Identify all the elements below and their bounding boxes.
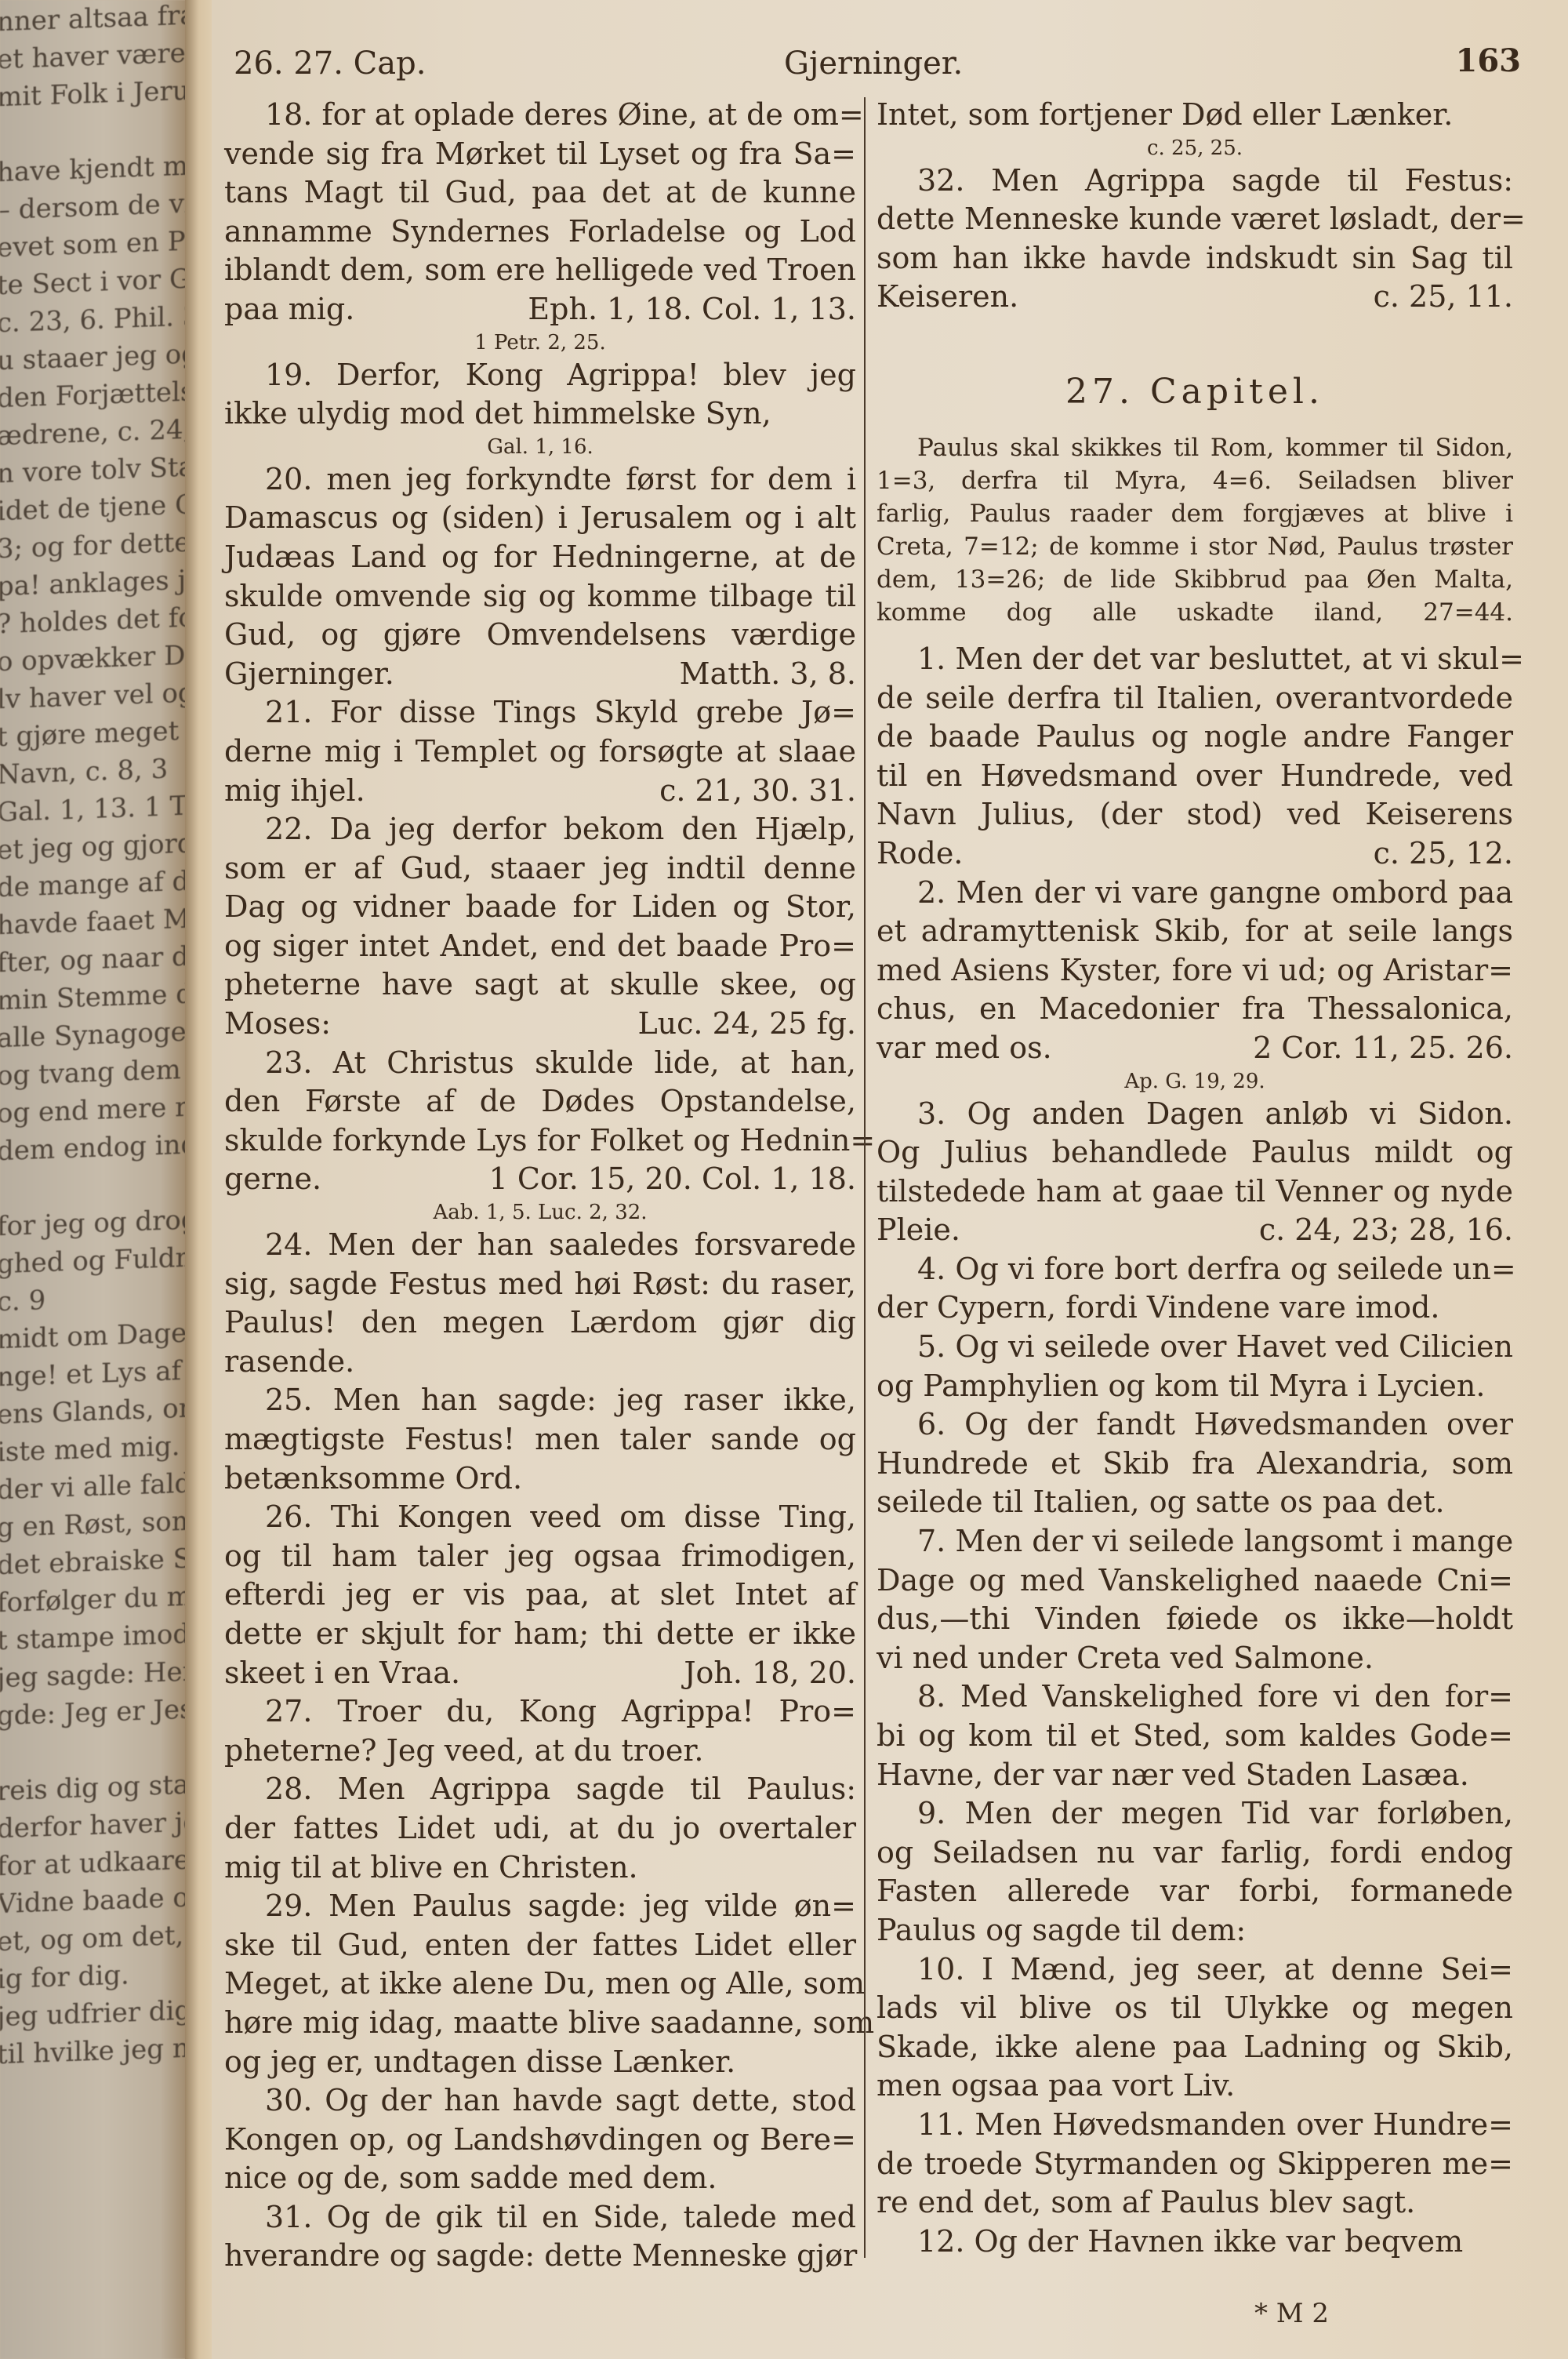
verse: 8. Med Vanskelighed fore vi den for=bi o…: [877, 1677, 1513, 1794]
verse-line: 22. Da jeg derfor bekom den Hjælp,: [224, 810, 856, 849]
verse-line: Keiseren. c. 25, 11.: [877, 278, 1513, 317]
verse-line: og siger intet Andet, end det baade Pro=: [224, 927, 856, 966]
verse-line-text: vi ned under Creta ved Salmone.: [877, 1641, 1374, 1675]
verse: 20. men jeg forkyndte først for dem iDam…: [224, 460, 856, 694]
cross-reference: c. 25, 11.: [1374, 278, 1513, 317]
verse-line: 11. Men Høvedsmanden over Hundre=: [877, 2106, 1513, 2145]
verse-line: 24. Men der han saaledes forsvarede: [224, 1226, 856, 1265]
verse-line-text: nice og de, som sadde med dem.: [224, 2161, 717, 2195]
verse-line: et adramyttenisk Skib, for at seile lang…: [877, 912, 1513, 951]
cross-reference: Aab. 1, 5. Luc. 2, 32.: [224, 1199, 856, 1226]
summary-line: farlig, Paulus raader dem forgjæves at b…: [877, 497, 1513, 530]
chapter-summary: Paulus skal skikkes til Rom, kommer til …: [877, 431, 1513, 629]
facing-page-line: [0, 1164, 188, 1209]
cross-reference: Luc. 24, 25 fg.: [637, 1005, 856, 1044]
verse-line-text: Keiseren.: [877, 279, 1018, 314]
summary-line: 1=3, derfra til Myra, 4=6. Seiladsen bli…: [877, 464, 1513, 497]
verse-line: 26. Thi Kongen veed om disse Ting,: [224, 1498, 856, 1537]
verse-line: efterdi jeg er vis paa, at slet Intet af: [224, 1576, 856, 1615]
verse-line: tans Magt til Gud, paa det at de kunne: [224, 173, 856, 213]
cross-reference: 2 Cor. 11, 25. 26.: [1253, 1029, 1513, 1068]
facing-page-line: jeg udfrier dig fra: [0, 1992, 188, 2037]
verse-line-text: og jeg er, undtagen disse Lænker.: [224, 2045, 735, 2079]
cross-reference: Gal. 1, 16.: [224, 434, 856, 460]
verse-line: Navn Julius, (der stod) ved Keiserens: [877, 795, 1513, 834]
summary-line: Creta, 7=12; de komme i stor Nød, Paulus…: [877, 530, 1513, 563]
verse-line-text: gerne.: [224, 1161, 321, 1196]
verse-line: og jeg er, undtagen disse Lænker.: [224, 2043, 856, 2082]
verse-line: Skade, ikke alene paa Ladning og Skib,: [877, 2028, 1513, 2067]
verse-line: tilstedede ham at gaae til Venner og nyd…: [877, 1172, 1513, 1212]
verse-line: Paulus og sagde til dem:: [877, 1911, 1513, 1950]
verse-line: rasende.: [224, 1343, 856, 1382]
verse-line: 32. Men Agrippa sagde til Festus:: [877, 162, 1513, 201]
running-head: 26. 27. Cap. Gjerninger. 163: [227, 39, 1521, 94]
verse: 24. Men der han saaledes forsvaredesig, …: [224, 1226, 856, 1381]
cross-reference: 1 Cor. 15, 20. Col. 1, 18.: [489, 1160, 856, 1199]
verse: 31. Og de gik til en Side, talede medhve…: [224, 2198, 856, 2276]
verse-line: som han ikke havde indskudt sin Sag til: [877, 239, 1513, 278]
facing-page-line: dem endog indtil udenl: [0, 1126, 188, 1171]
verse-line: annamme Syndernes Forladelse og Lod: [224, 213, 856, 252]
verse-line: skulde omvende sig og komme tilbage til: [224, 577, 856, 616]
verse-line: 10. I Mænd, jeg seer, at denne Sei=: [877, 1950, 1513, 1990]
verse-line: 9. Men der megen Tid var forløben,: [877, 1794, 1513, 1834]
verse-line: Moses:Luc. 24, 25 fg.: [224, 1005, 856, 1044]
verse-line-text: skeet i en Vraa.: [224, 1656, 460, 1690]
verse-line-text: re end det, som af Paulus blev sagt.: [877, 2185, 1415, 2219]
summary-line: dem, 13=26; de lide Skibbrud paa Øen Mal…: [877, 563, 1513, 596]
facing-page-line: et, og om det, hvor: [0, 1917, 188, 1961]
verse-line: 20. men jeg forkyndte først for dem i: [224, 460, 856, 500]
verse-line: Gud, og gjøre Omvendelsens værdige: [224, 616, 856, 655]
verse-line: mægtigste Festus! men taler sande og: [224, 1420, 856, 1459]
verse-line: hverandre og sagde: dette Menneske gjør: [224, 2237, 856, 2276]
chapter-heading: 27. Capitel.: [877, 369, 1513, 416]
facing-page-line: u staaer jeg og domm: [0, 336, 188, 380]
verse-line-text: men ogsaa paa vort Liv.: [877, 2068, 1235, 2103]
facing-page-line: forfølger du mig? det: [0, 1578, 188, 1623]
verse: 26. Thi Kongen veed om disse Ting,og til…: [224, 1498, 856, 1692]
verse-line-text: Rode.: [877, 836, 963, 871]
verse: 27. Troer du, Kong Agrippa! Pro=pheterne…: [224, 1692, 856, 1770]
verse-line: 30. Og der han havde sagt dette, stod: [224, 2081, 856, 2121]
verse-line: Fasten allerede var forbi, formanede: [877, 1872, 1513, 1911]
facing-page-line: og tvang dem til at: [0, 1051, 188, 1096]
facing-page-line: pa! anklages jeg af Jø: [0, 562, 188, 606]
facing-page-line: min Stemme dertil. c.: [0, 976, 188, 1020]
verse: 1. Men der det var besluttet, at vi skul…: [877, 640, 1513, 874]
verse-line: pheterne? Jeg veed, at du troer.: [224, 1732, 856, 1771]
verse-line: 12. Og der Havnen ikke var beqvem: [877, 2223, 1513, 2262]
facing-page-line: det ebraiske Sprog: [0, 1540, 188, 1585]
verse: 21. For disse Tings Skyld grebe Jø=derne…: [224, 693, 856, 810]
facing-page-line: ig for dig.: [0, 1954, 188, 1999]
facing-page-line: te Sect i vor Gudsdy: [0, 260, 188, 305]
facing-page-line: iste med mig. Matth.: [0, 1427, 188, 1472]
verse-line: seilede til Italien, og satte os paa det…: [877, 1483, 1513, 1522]
verse: 22. Da jeg derfor bekom den Hjælp,som er…: [224, 810, 856, 1044]
verse: 10. I Mænd, jeg seer, at denne Sei=lads …: [877, 1950, 1513, 2106]
verse-line: ikke ulydig mod det himmelske Syn,: [224, 394, 856, 434]
verse-line: 3. Og anden Dagen anløb vi Sidon.: [877, 1095, 1513, 1134]
verse-line-text: pheterne? Jeg veed, at du troer.: [224, 1733, 703, 1768]
verse-line: der fattes Lidet udi, at du jo overtaler: [224, 1809, 856, 1848]
verse-line-text: Moses:: [224, 1006, 331, 1041]
verse: 30. Og der han havde sagt dette, stodKon…: [224, 2081, 856, 2198]
verse-line: Paulus! den megen Lærdom gjør dig: [224, 1303, 856, 1343]
facing-page-line: de mange af de Hellige i: [0, 863, 188, 907]
facing-page-line: 3; og for dette Haab: [0, 524, 188, 569]
verse-line: Dag og vidner baade for Liden og Stor,: [224, 888, 856, 927]
verse-line: dus,—thi Vinden føiede os ikke—holdt: [877, 1600, 1513, 1639]
verse: 29. Men Paulus sagde: jeg vilde øn=ske t…: [224, 1887, 856, 2081]
verse-line-text: mig til at blive en Christen.: [224, 1850, 638, 1885]
facing-page-line: og end mere rasende mo: [0, 1089, 188, 1133]
verse-line: vende sig fra Mørket til Lyset og fra Sa…: [224, 135, 856, 174]
verse-line-text: var med os.: [877, 1030, 1052, 1065]
verse: 23. At Christus skulde lide, at han,den …: [224, 1044, 856, 1226]
cross-reference: Eph. 1, 18. Col. 1, 13.: [528, 290, 856, 329]
verse-line: 29. Men Paulus sagde: jeg vilde øn=: [224, 1887, 856, 1926]
verse-line: 28. Men Agrippa sagde til Paulus:: [224, 1770, 856, 1809]
verse-line-text: mig ihjel.: [224, 773, 365, 808]
facing-page-line: have kjendt mig tilfor: [0, 147, 188, 192]
facing-page-line: reis dig og staae paa: [0, 1766, 188, 1811]
right-verses: 1. Men der det var besluttet, at vi skul…: [877, 640, 1513, 2261]
verse-line: og Pamphylien og kom til Myra i Lycien.: [877, 1367, 1513, 1406]
verse: 12. Og der Havnen ikke var beqvem: [877, 2223, 1513, 2262]
facing-page-line: ? holdes det for utro: [0, 599, 188, 644]
verse: 7. Men der vi seilede langsomt i mangeDa…: [877, 1522, 1513, 1677]
verse-line: chus, en Macedonier fra Thessalonica,: [877, 990, 1513, 1029]
verse: 25. Men han sagde: jeg raser ikke,mægtig…: [224, 1381, 856, 1498]
verse-32: 32. Men Agrippa sagde til Festus: dette …: [877, 162, 1513, 317]
verse-line: 6. Og der fandt Høvedsmanden over: [877, 1405, 1513, 1445]
verse-line: Hundrede et Skib fra Alexandria, som: [877, 1445, 1513, 1484]
verse-line: Pleie.c. 24, 23; 28, 16.: [877, 1211, 1513, 1250]
verse-line: de troede Styrmanden og Skipperen me=: [877, 2145, 1513, 2184]
verse-line-text: Gjerninger.: [224, 656, 394, 691]
book-title: Gjerninger.: [784, 45, 963, 82]
verse-line: 2. Men der vi vare gangne ombord paa: [877, 874, 1513, 913]
verse-line: derne mig i Templet og forsøgte at slaae: [224, 732, 856, 772]
verse-line: bi og kom til et Sted, som kaldes Gode=: [877, 1717, 1513, 1756]
facing-page-line: Gal. 1, 13. 1 Tim. 1, 13.: [0, 787, 188, 832]
cross-reference: c. 21, 30. 31.: [659, 772, 856, 811]
facing-page-line: mit Folk i Jerusalem: [0, 72, 188, 117]
facing-page-line: o opvækker Døde?: [0, 637, 188, 682]
verse-line: Gjerninger.Matth. 3, 8.: [224, 655, 856, 694]
facing-page-line: g en Røst, som talede: [0, 1503, 188, 1547]
verse-line: mig ihjel.c. 21, 30. 31.: [224, 772, 856, 811]
verse-line: 5. Og vi seilede over Havet ved Cilicien: [877, 1328, 1513, 1367]
facing-page-line: [0, 110, 188, 154]
page-number: 163: [1456, 42, 1522, 79]
verse-line: 21. For disse Tings Skyld grebe Jø=: [224, 693, 856, 732]
verse: 4. Og vi fore bort derfra og seilede un=…: [877, 1250, 1513, 1328]
verse-line: mig til at blive en Christen.: [224, 1848, 856, 1888]
verse-line: 19. Derfor, Kong Agrippa! blev jeg: [224, 356, 856, 395]
verse-line: den Første af de Dødes Opstandelse,: [224, 1082, 856, 1121]
verse-line: 31. Og de gik til en Side, talede med: [224, 2198, 856, 2237]
facing-page-line: fter, og naar de bleve: [0, 938, 188, 983]
verse-line: og Seiladsen nu var farlig, fordi endog: [877, 1834, 1513, 1873]
summary-line: komme dog alle uskadte iland, 27=44.: [877, 596, 1513, 629]
facing-page-line: for at udkaare dig: [0, 1841, 188, 1886]
verse-line: nice og de, som sadde med dem.: [224, 2159, 856, 2198]
verse-line: iblandt dem, som ere helligede ved Troen: [224, 251, 856, 290]
verse-line: vi ned under Creta ved Salmone.: [877, 1639, 1513, 1678]
verse-line: skeet i en Vraa.Joh. 18, 20.: [224, 1654, 856, 1693]
facing-page-line: jeg sagde: Herre, hv: [0, 1653, 188, 1698]
facing-page-line: havde faaet Magt der: [0, 900, 188, 945]
facing-page-line: et jeg og gjorde i Jeru: [0, 825, 188, 870]
cross-reference: Matth. 3, 8.: [680, 655, 856, 694]
verse-line: Rode.c. 25, 12.: [877, 834, 1513, 874]
facing-page-line: til hvilke jeg nu: [0, 2030, 188, 2074]
verse: 9. Men der megen Tid var forløben,og Sei…: [877, 1794, 1513, 1950]
verse-line: gerne.1 Cor. 15, 20. Col. 1, 18.: [224, 1160, 856, 1199]
cross-reference: 1 Petr. 2, 25.: [224, 329, 856, 356]
verse-line: 23. At Christus skulde lide, at han,: [224, 1044, 856, 1083]
facing-page-line: – dersom de ville vi: [0, 185, 188, 230]
verse-line: Judæas Land og for Hedningerne, at de: [224, 538, 856, 577]
verse-line: Intet, som fortjener Død eller Lænker.: [877, 96, 1513, 135]
facing-page-line: c. 23, 6. Phil. 3, 5.: [0, 298, 188, 343]
facing-page-line: et haver været fra B: [0, 35, 188, 79]
verse-line: 4. Og vi fore bort derfra og seilede un=: [877, 1250, 1513, 1289]
verse-line-text: Pleie.: [877, 1212, 960, 1247]
verse-line: de seile derfra til Italien, overantvord…: [877, 679, 1513, 718]
verse-line: paa mig.Eph. 1, 18. Col. 1, 13.: [224, 290, 856, 329]
verse-line: og til ham taler jeg ogsaa frimodigen,: [224, 1537, 856, 1576]
verse-line: skulde forkynde Lys for Folket og Hednin…: [224, 1121, 856, 1161]
verse-line-text: seilede til Italien, og satte os paa det…: [877, 1485, 1445, 1519]
cross-reference: c. 25, 25.: [877, 135, 1513, 162]
verse-line: til en Høvedsmand over Hundrede, ved: [877, 757, 1513, 796]
summary-line: Paulus skal skikkes til Rom, kommer til …: [877, 431, 1513, 464]
verse-line-text: rasende.: [224, 1344, 354, 1379]
verse: 2. Men der vi vare gangne ombord paaet a…: [877, 874, 1513, 1095]
verse-line: Meget, at ikke alene Du, men og Alle, so…: [224, 1965, 856, 2004]
verse: 11. Men Høvedsmanden over Hundre=de troe…: [877, 2106, 1513, 2223]
verse-line: 7. Men der vi seilede langsomt i mange: [877, 1522, 1513, 1561]
verse-line: var med os.2 Cor. 11, 25. 26.: [877, 1029, 1513, 1068]
facing-page-line: den Forjættelse, som: [0, 373, 188, 418]
facing-page-line: alle Synagoger lod je: [0, 1013, 188, 1058]
facing-page-line: Vidne baade om det: [0, 1879, 188, 1924]
facing-page-line: ens Glands, omskinne mig: [0, 1390, 188, 1434]
verse: 18. for at oplade deres Øine, at de om=v…: [224, 96, 856, 356]
verse-line: 18. for at oplade deres Øine, at de om=: [224, 96, 856, 135]
verse-line: men ogsaa paa vort Liv.: [877, 2066, 1513, 2106]
verse-line: dette er skjult for ham; thi dette er ik…: [224, 1615, 856, 1654]
facing-page-line: ædrene, c. 24, 15. 21: [0, 411, 188, 456]
book-page: 26. 27. Cap. Gjerninger. 163 18. for at …: [212, 0, 1568, 2359]
verse: 6. Og der fandt Høvedsmanden overHundred…: [877, 1405, 1513, 1522]
verse: 19. Derfor, Kong Agrippa! blev jegikke u…: [224, 356, 856, 460]
facing-page-line: derfor haver jeg aab: [0, 1804, 188, 1848]
facing-page-line: lv haver vel og meent: [0, 674, 188, 719]
verse: 28. Men Agrippa sagde til Paulus:der fat…: [224, 1770, 856, 1887]
facing-page-line: c. 9: [0, 1277, 188, 1321]
verse: 5. Og vi seilede over Havet ved Cilicien…: [877, 1328, 1513, 1405]
verse-line: dette Menneske kunde været løsladt, der=: [877, 200, 1513, 239]
facing-page-line: idet de tjene Gud uaf: [0, 486, 188, 531]
verse-line: Havne, der var nær ved Staden Lasæa.: [877, 1756, 1513, 1795]
facing-page-line: [0, 1728, 188, 1773]
signature-mark: * M 2: [1254, 2298, 1329, 2329]
facing-page-line: n vore tolv Stammer: [0, 449, 188, 493]
facing-page-line: midt om Dagen saae jeg: [0, 1314, 188, 1359]
verse-line: ske til Gud, enten der fattes Lidet elle…: [224, 1926, 856, 1965]
verse-line: Dage og med Vanskelighed naaede Cni=: [877, 1561, 1513, 1601]
verse-line: Og Julius behandlede Paulus mildt og: [877, 1133, 1513, 1172]
verse-line: der Cypern, fordi Vindene vare imod.: [877, 1289, 1513, 1328]
verse-line: 27. Troer du, Kong Agrippa! Pro=: [224, 1692, 856, 1732]
verse-line: med Asiens Kyster, fore vi ud; og Arista…: [877, 951, 1513, 990]
verse-line-text: betænksomme Ord.: [224, 1461, 522, 1496]
verse-line: Kongen op, og Landshøvdingen og Bere=: [224, 2121, 856, 2160]
cross-reference: Ap. G. 19, 29.: [877, 1068, 1513, 1095]
cross-reference: c. 25, 12.: [1374, 834, 1513, 874]
verse-line: 1. Men der det var besluttet, at vi skul…: [877, 640, 1513, 679]
verse-line: 8. Med Vanskelighed fore vi den for=: [877, 1677, 1513, 1717]
verse-line: høre mig idag, maatte blive saadanne, so…: [224, 2004, 856, 2043]
verse-line: de baade Paulus og nogle andre Fanger: [877, 718, 1513, 757]
verse-line: betænksomme Ord.: [224, 1459, 856, 1499]
facing-page-edge: nner altsaa fra Bet haver været fra Bmit…: [0, 0, 188, 2359]
verse-line-text: paa mig.: [224, 292, 354, 326]
facing-page-line: Navn, c. 8, 3: [0, 750, 188, 794]
right-column: Intet, som fortjener Død eller Lænker. c…: [877, 96, 1513, 2261]
facing-page-line: for jeg og drog til Dam: [0, 1201, 188, 1246]
verse-line: pheterne have sagt at skulle skee, og: [224, 965, 856, 1005]
cross-reference: c. 24, 23; 28, 16.: [1259, 1211, 1513, 1250]
facing-page-line: evet som en Phari: [0, 223, 188, 267]
verse-line: Damascus og (siden) i Jerusalem og i alt: [224, 499, 856, 538]
verse-line: sig, sagde Festus med høi Røst: du raser…: [224, 1265, 856, 1304]
verse-line-text: og Pamphylien og kom til Myra i Lycien.: [877, 1369, 1485, 1403]
chapter-range-label: 26. 27. Cap.: [234, 45, 426, 82]
verse-line: lads vil blive os til Ulykke og megen: [877, 1989, 1513, 2028]
verse-continuation: Intet, som fortjener Død eller Lænker. c…: [877, 96, 1513, 162]
facing-page-line: ghed og Fuldmagt fra de: [0, 1239, 188, 1284]
facing-page-line: gde: Jeg er Jesus,: [0, 1691, 188, 1736]
verse-line-text: Paulus og sagde til dem:: [877, 1913, 1246, 1947]
left-column: 18. for at oplade deres Øine, at de om=v…: [224, 96, 856, 2276]
facing-page-line: der vi alle faldt ned t: [0, 1465, 188, 1510]
facing-page-line: nge! et Lys af Himmelen: [0, 1352, 188, 1397]
verse-line-text: ikke ulydig mod det himmelske Syn,: [224, 396, 771, 431]
verse-line: re end det, som af Paulus blev sagt.: [877, 2183, 1513, 2223]
facing-page-line: t gjøre meget imod Je: [0, 712, 188, 757]
column-divider: [864, 97, 866, 2258]
verse-line-text: 12. Og der Havnen ikke var beqvem: [917, 2224, 1463, 2259]
verse-line-text: der Cypern, fordi Vindene vare imod.: [877, 1290, 1439, 1325]
verse: 3. Og anden Dagen anløb vi Sidon.Og Juli…: [877, 1095, 1513, 1250]
verse-line: 25. Men han sagde: jeg raser ikke,: [224, 1381, 856, 1420]
facing-page-line: t stampe imod Braadde: [0, 1616, 188, 1660]
cross-reference: Joh. 18, 20.: [684, 1654, 856, 1693]
verse-line-text: Havne, der var nær ved Staden Lasæa.: [877, 1757, 1469, 1792]
verse-line: som er af Gud, staaer jeg indtil denne: [224, 849, 856, 889]
